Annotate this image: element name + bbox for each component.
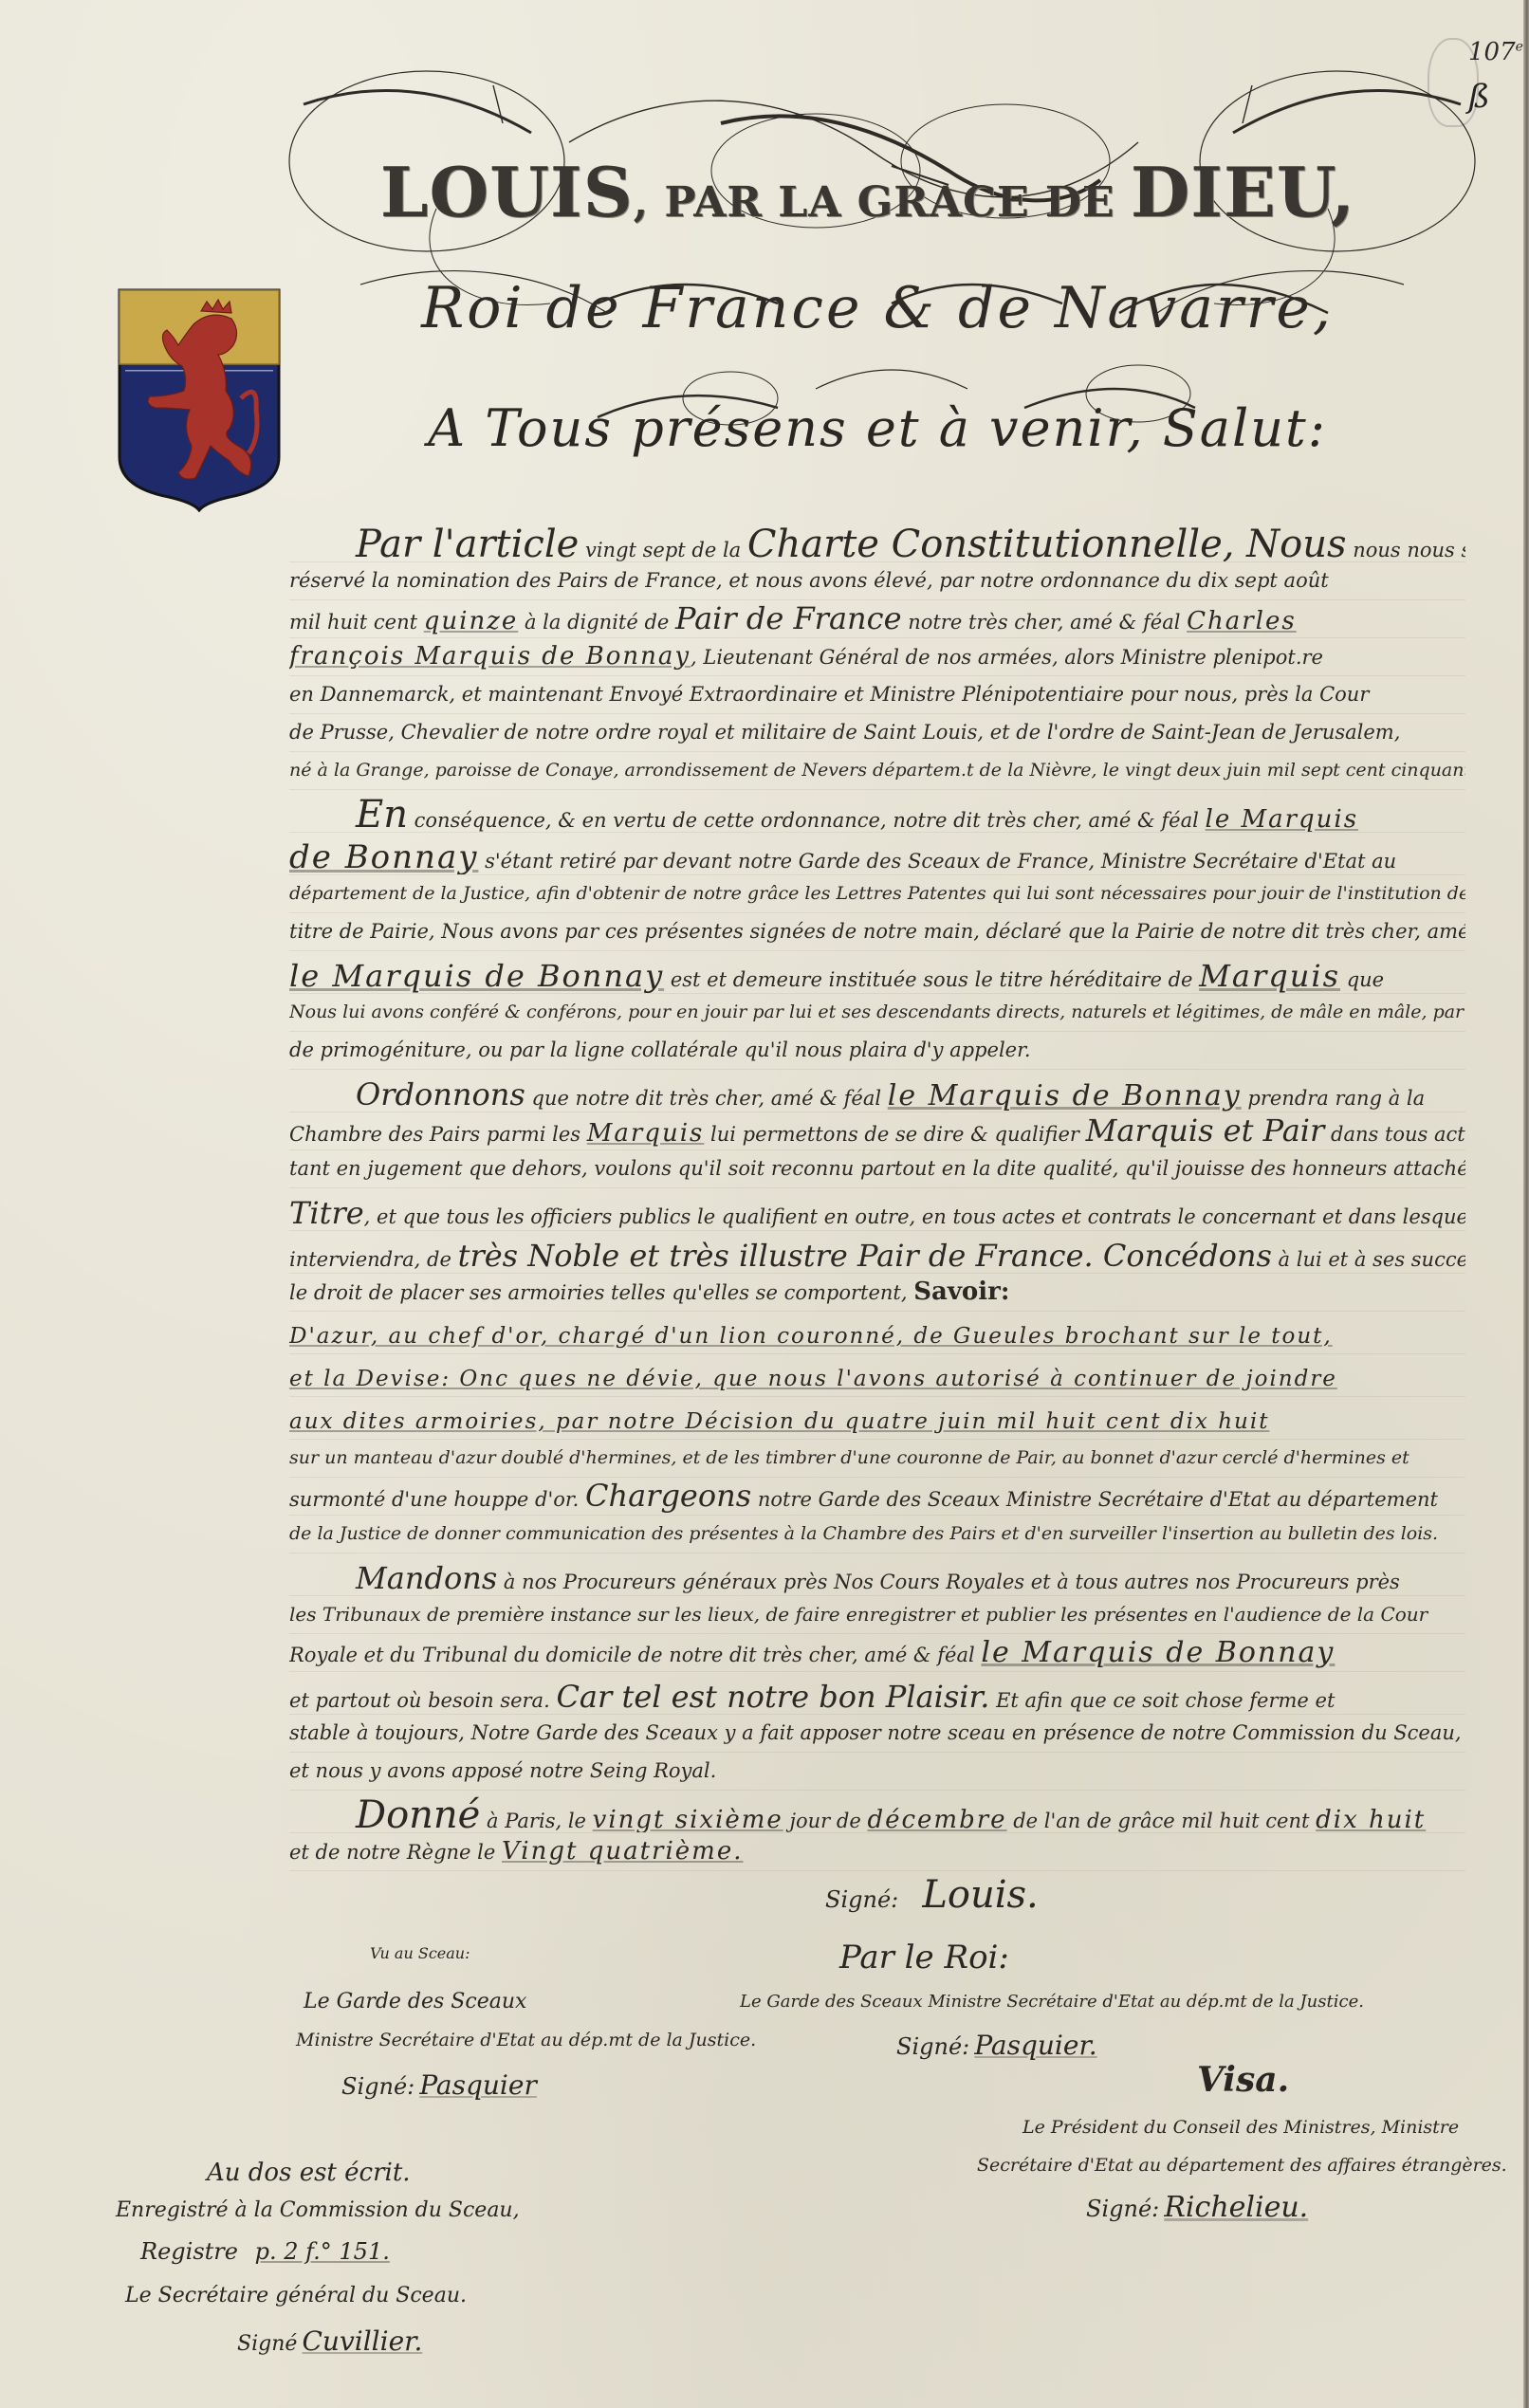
text-line: stable à toujours, Notre Garde des Sceau… xyxy=(289,1715,1465,1753)
text-line: de primogéniture, ou par la ligne collat… xyxy=(289,1032,1465,1070)
text-line: et la Devise: Onc ques ne dévie, que nou… xyxy=(289,1354,1465,1397)
text-line: Ordonnons que notre dit très cher, amé &… xyxy=(289,1070,1465,1112)
text-line: Par l'article vingt sept de la Charte Co… xyxy=(289,520,1465,562)
registration-signature: Signé Cuvillier. xyxy=(237,2325,422,2357)
king-signature: Signé: Louis. xyxy=(825,1873,1039,1917)
text-line: interviendra, de très Noble et très illu… xyxy=(289,1231,1465,1274)
text-line: département de la Justice, afin d'obteni… xyxy=(289,875,1465,913)
visa-line1: Le Président du Conseil des Ministres, M… xyxy=(1022,2117,1459,2138)
text-line: françois Marquis de Bonnay, Lieutenant G… xyxy=(289,638,1465,676)
text-line: surmonté d'une houppe d'or. Chargeons no… xyxy=(289,1478,1465,1516)
title-louis-par-la-grace-de-dieu: LOUIS, PAR LA GRACE DE DIEU, xyxy=(341,152,1394,232)
text-line: Mandons à nos Procureurs généraux près N… xyxy=(289,1553,1465,1596)
text-line: mil huit cent quinze à la dignité de Pai… xyxy=(289,600,1465,638)
text-line: le droit de placer ses armoiries telles … xyxy=(289,1274,1465,1312)
registration-line1: Enregistré à la Commission du Sceau, xyxy=(116,2198,520,2222)
text-line: le Marquis de Bonnay est et demeure inst… xyxy=(289,951,1465,994)
visa-heading: Visa. xyxy=(1197,2060,1289,2100)
title-roi-de-france: Roi de France & de Navarre, xyxy=(332,275,1423,341)
seal-visa-heading: Vu au Sceau: xyxy=(370,1944,470,1962)
text-line: réservé la nomination des Pairs de Franc… xyxy=(289,562,1465,600)
text-line: Nous lui avons conféré & conférons, pour… xyxy=(289,994,1465,1032)
text-line: et nous y avons apposé notre Seing Royal… xyxy=(289,1753,1465,1791)
text-line: et partout où besoin sera. Car tel est n… xyxy=(289,1672,1465,1715)
text-line: et de notre Règne le Vingt quatrième. xyxy=(289,1833,1465,1871)
text-line: Chambre des Pairs parmi les Marquis lui … xyxy=(289,1112,1465,1150)
registration-register: Registre p. 2 f.° 151. xyxy=(140,2238,390,2265)
text-line: né à la Grange, paroisse de Conaye, arro… xyxy=(289,752,1465,790)
text-line: Royale et du Tribunal du domicile de not… xyxy=(289,1634,1465,1672)
text-line: de la Justice de donner communication de… xyxy=(289,1516,1465,1553)
text-line: Donné à Paris, le vingt sixième jour de … xyxy=(289,1791,1465,1833)
letters-patent-body: Par l'article vingt sept de la Charte Co… xyxy=(289,520,1465,1871)
visa-line2: Secrétaire d'Etat au département des aff… xyxy=(977,2155,1507,2176)
text-line: en Dannemarck, et maintenant Envoyé Extr… xyxy=(289,676,1465,714)
text-line: de Bonnay s'étant retiré par devant notr… xyxy=(289,833,1465,875)
text-line: aux dites armoiries, par notre Décision … xyxy=(289,1397,1465,1440)
by-king-line1: Le Garde des Sceaux Ministre Secrétaire … xyxy=(740,1992,1364,2012)
coat-of-arms-lion-icon xyxy=(116,286,283,512)
text-line: de Prusse, Chevalier de notre ordre roya… xyxy=(289,714,1465,752)
folio-number: 107e xyxy=(1468,38,1523,66)
page-edge xyxy=(1523,0,1529,2408)
text-line: les Tribunaux de première instance sur l… xyxy=(289,1596,1465,1634)
text-line: En conséquence, & en vertu de cette ordo… xyxy=(289,790,1465,833)
title-salut: A Tous présens et à venir, Salut: xyxy=(351,398,1404,458)
by-king-signature: Signé: Pasquier. xyxy=(896,2030,1097,2061)
text-line: Titre, et que tous les officiers publics… xyxy=(289,1188,1465,1231)
seal-visa-signature: Signé: Pasquier xyxy=(341,2069,537,2101)
seal-visa-line1: Le Garde des Sceaux xyxy=(304,1990,526,2013)
seal-visa-line2: Ministre Secrétaire d'Etat au dép.mt de … xyxy=(296,2030,756,2050)
text-line: sur un manteau d'azur doublé d'hermines,… xyxy=(289,1440,1465,1478)
text-line: D'azur, au chef d'or, chargé d'un lion c… xyxy=(289,1312,1465,1354)
visa-signature: Signé: Richelieu. xyxy=(1086,2191,1308,2224)
text-line: titre de Pairie, Nous avons par ces prés… xyxy=(289,913,1465,951)
by-king-heading: Par le Roi: xyxy=(839,1939,1009,1976)
text-line: tant en jugement que dehors, voulons qu'… xyxy=(289,1150,1465,1188)
registration-line3: Le Secrétaire général du Sceau. xyxy=(125,2284,467,2307)
registration-heading: Au dos est écrit. xyxy=(207,2159,411,2187)
